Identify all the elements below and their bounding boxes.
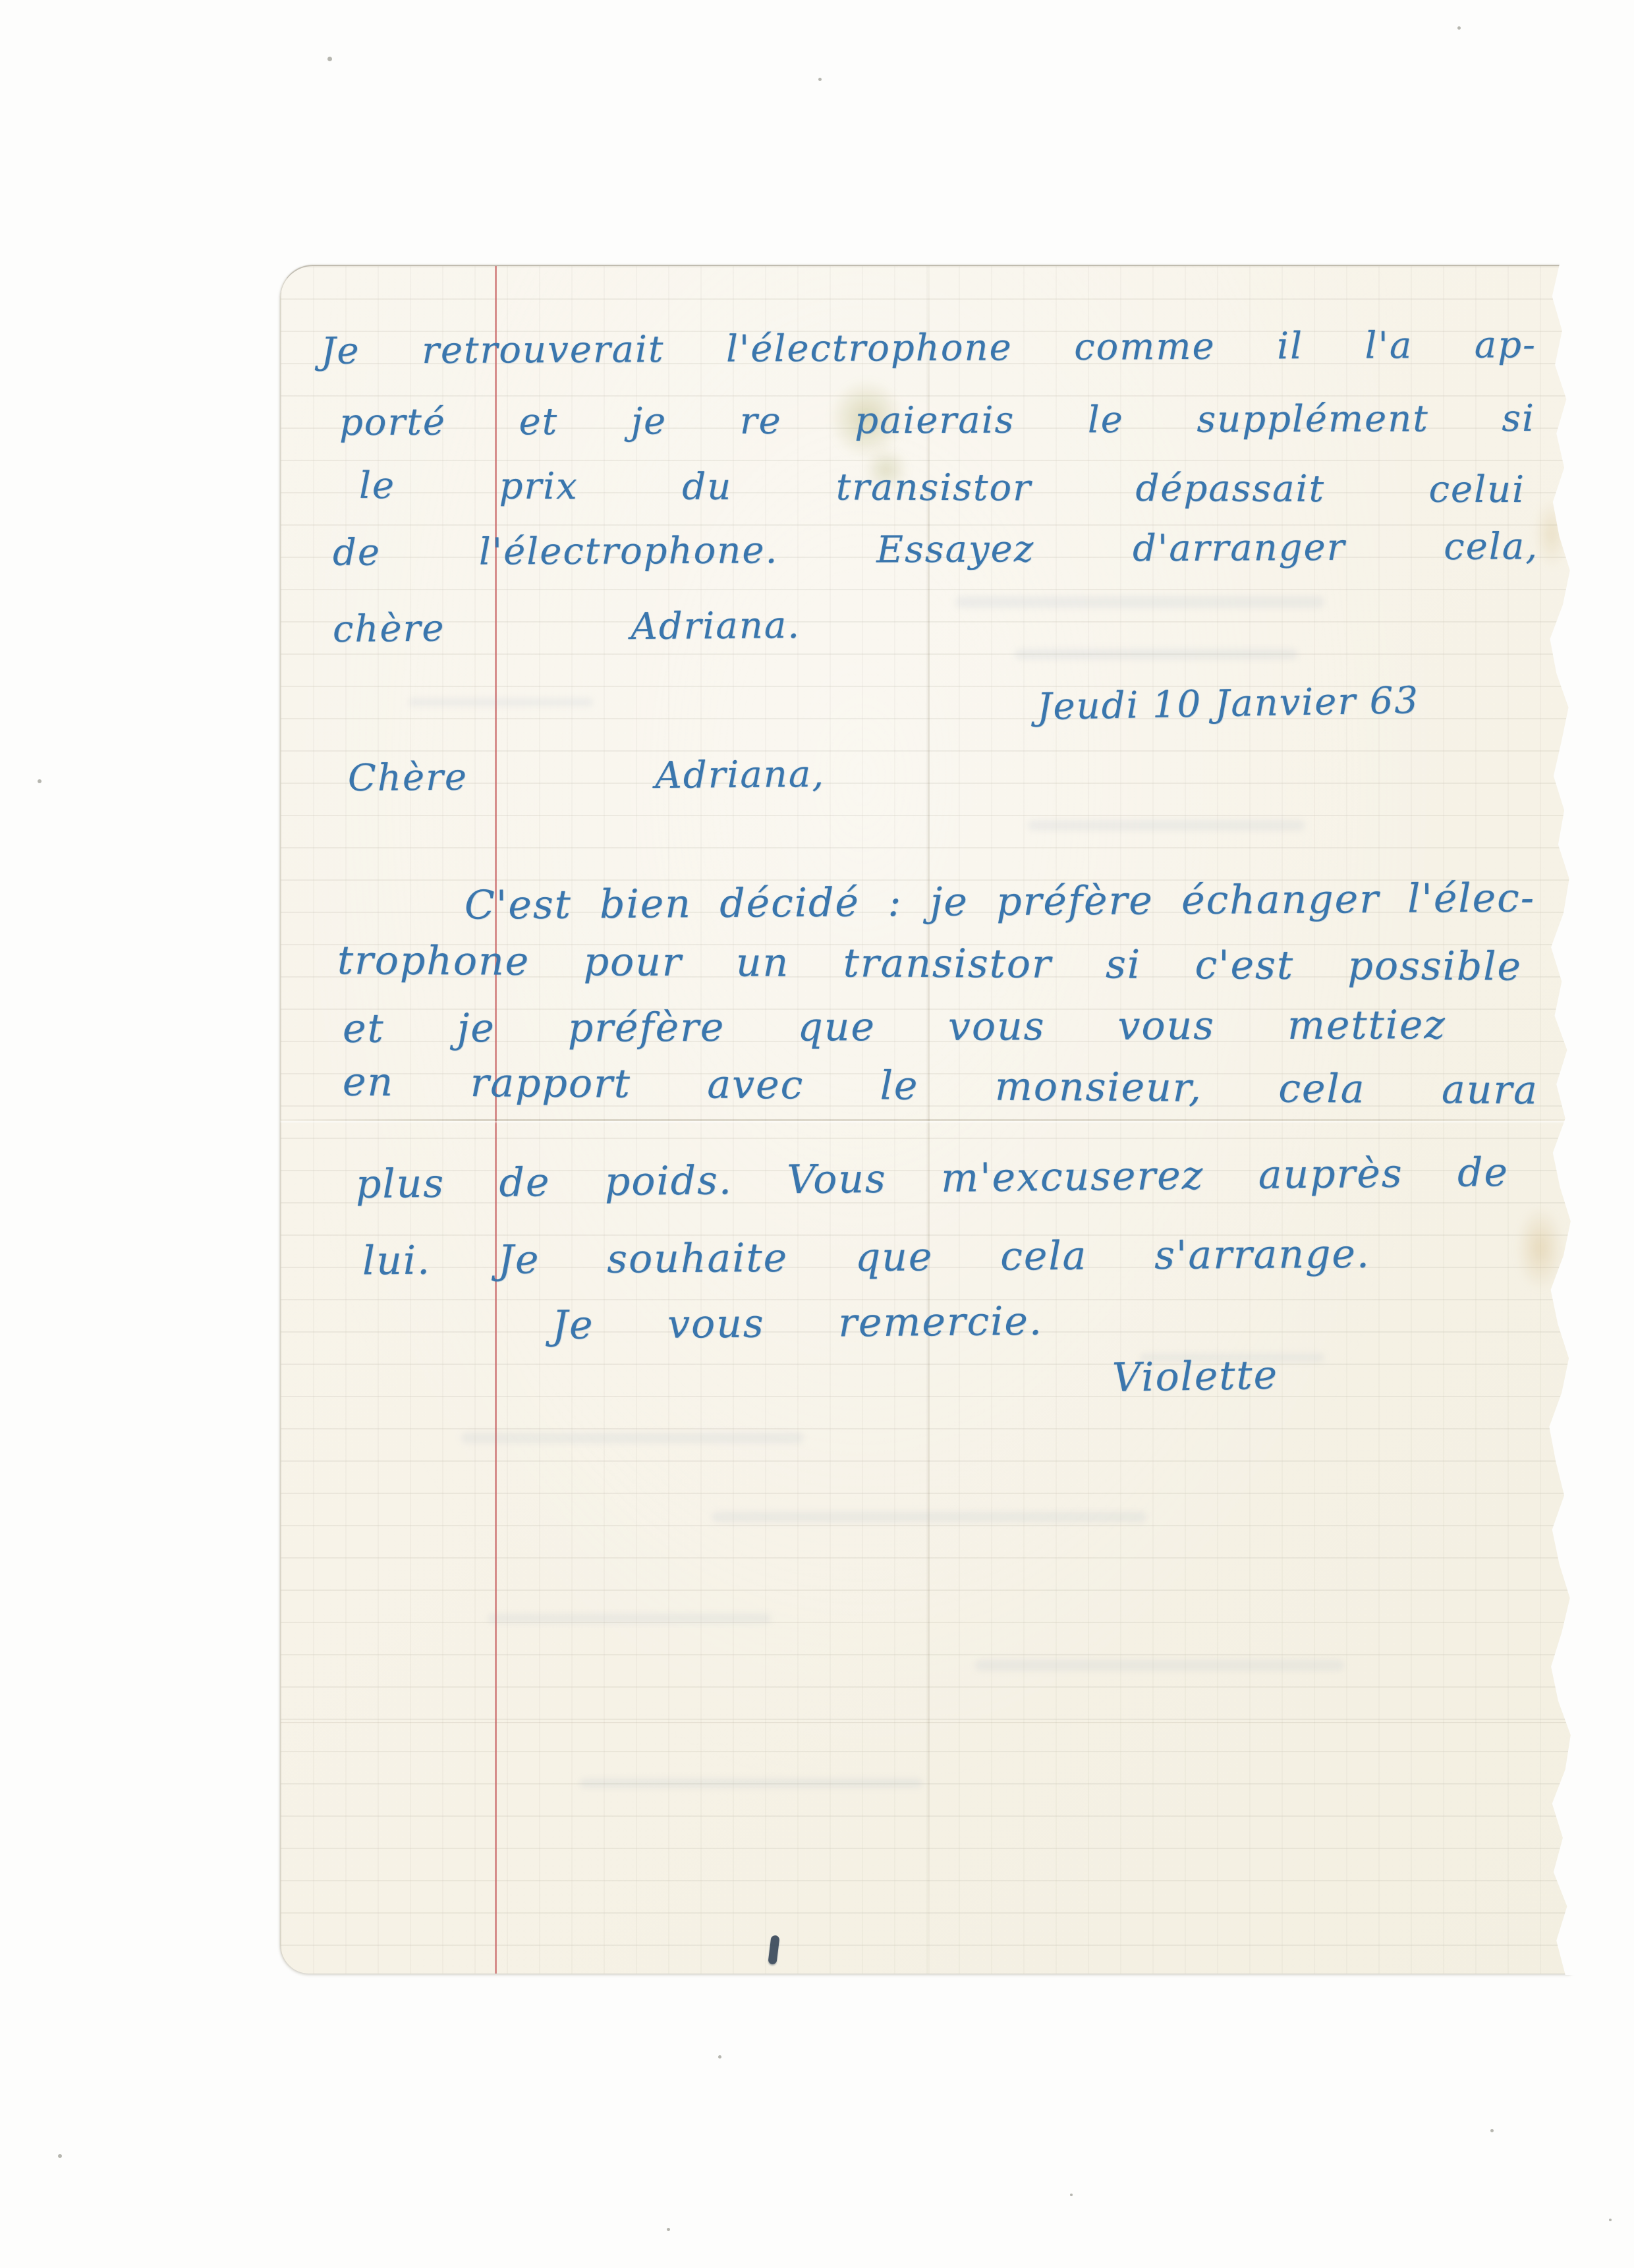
date-line: Jeudi10Janvier63 (1036, 680, 1419, 729)
scanner-speck (718, 2055, 721, 2059)
letter-line: C'estbiendécidé:jepréfèreéchangerl'élec- (465, 876, 1535, 928)
signature: Violette (1112, 1352, 1343, 1400)
scanner-speck (327, 57, 332, 61)
scanner-speck (667, 2228, 670, 2231)
letter-line: del'électrophone.Essayezd'arrangercela, (333, 526, 1538, 574)
letter-line: enrapportaveclemonsieur,celaaura (343, 1061, 1538, 1113)
letter-line: etjepréfèrequevousvousmettiez (343, 1003, 1446, 1051)
letter-line: Jevousremercie. (552, 1300, 1044, 1348)
letter-line: Jeretrouveraitl'électrophonecommeill'aap… (321, 325, 1536, 372)
letter-line: portéetjerepaieraislesupplémentsi (339, 399, 1535, 444)
showthrough-smudge (461, 1433, 804, 1443)
scanner-speck (1490, 2129, 1494, 2132)
scanner-speck (818, 78, 822, 81)
scanner-speck (1070, 2194, 1073, 2196)
showthrough-smudge (975, 1660, 1344, 1671)
letter-line: chèreAdriana. (333, 605, 801, 651)
showthrough-smudge (408, 698, 593, 706)
letter-line: lui.Jesouhaitequecelas'arrange. (362, 1232, 1370, 1284)
showthrough-smudge (580, 1779, 922, 1788)
scanner-speck (58, 2154, 62, 2158)
scanner-speck (1457, 26, 1461, 30)
scanner-speck (38, 779, 42, 783)
faint-crease-line (281, 1722, 1573, 1723)
horizontal-fold-crease (281, 1119, 1573, 1121)
letter-line: leprixdutransistordépassaitcelui (359, 466, 1525, 511)
letter-line: trophonepouruntransistorsic'estpossible (337, 939, 1522, 989)
scanner-speck (1609, 2219, 1612, 2221)
showthrough-smudge (712, 1512, 1146, 1522)
showthrough-smudge (1015, 649, 1298, 659)
showthrough-smudge (1028, 820, 1305, 831)
scanned-letter: Jeretrouveraitl'électrophonecommeill'aap… (0, 0, 1634, 2268)
letter-page (280, 265, 1573, 1974)
showthrough-smudge (955, 596, 1324, 608)
showthrough-smudge (488, 1614, 771, 1623)
salutation-line: ChèreAdriana, (348, 754, 826, 800)
